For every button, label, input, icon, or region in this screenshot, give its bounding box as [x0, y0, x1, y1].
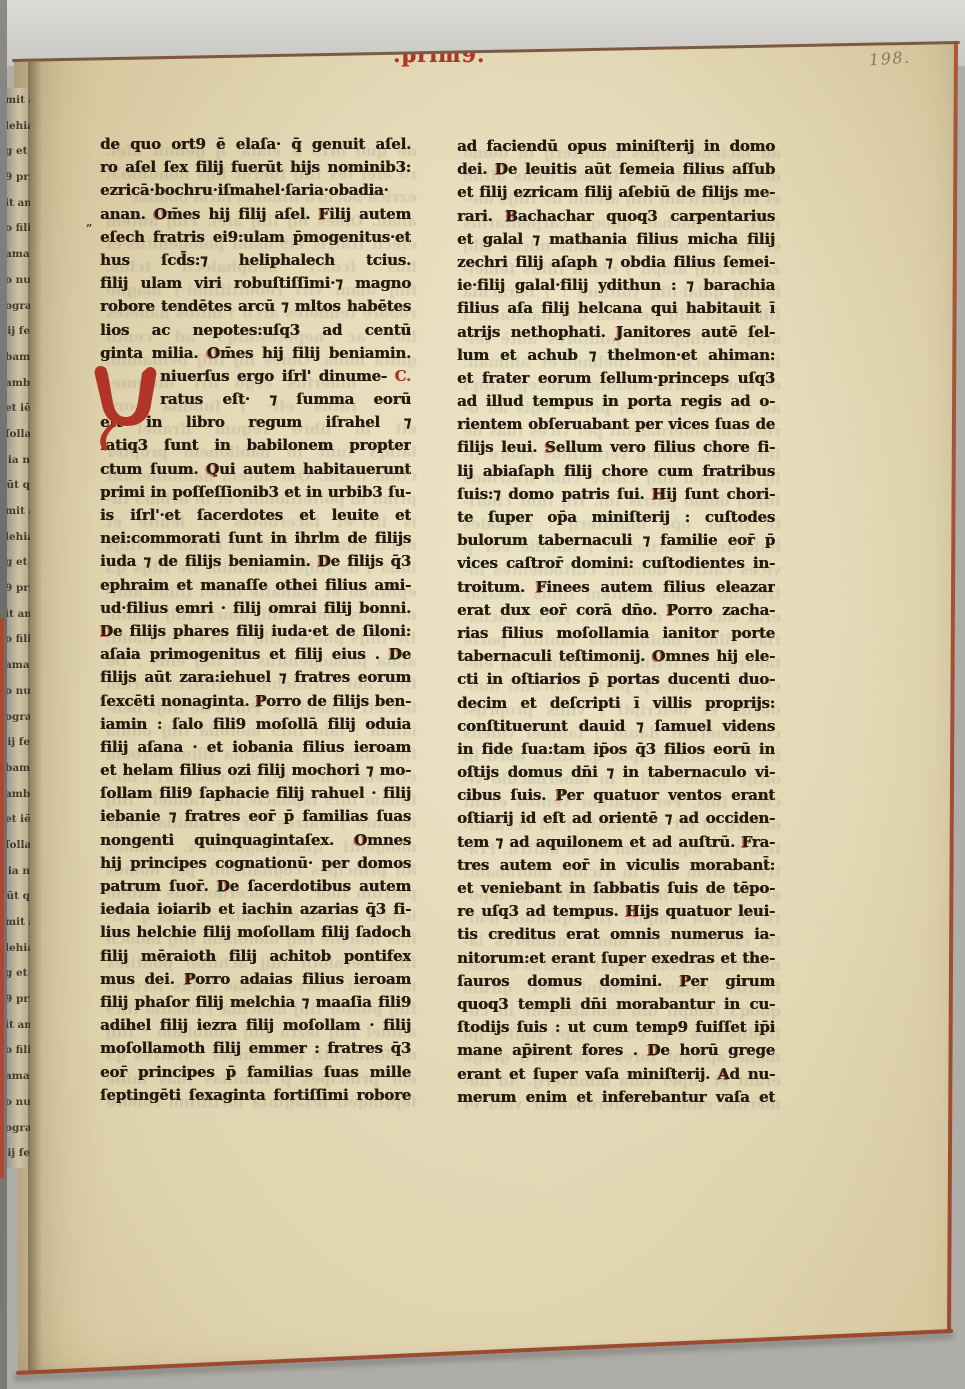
text-line: et helam filius ozi filij mochori ⁊ mo- [100, 759, 411, 782]
text-line: ſtodijs ſuis : ut cum temp9 fuiſſet ip̄i [457, 1016, 775, 1039]
text-line: tabernaculi teſtimonij. Omnes hij ele- [457, 645, 775, 668]
gutter-text-fragment: 9 prin [5, 987, 30, 1013]
text-line: merum enim et inferebantur vaſa et [457, 1086, 775, 1109]
gutter-text-fragment: ia n [5, 448, 30, 474]
text-line: lum et achub ⁊ thelmon·et ahiman: [457, 344, 775, 367]
text-line: hus ſcd̄s:⁊ heliphalech tcius. Fuerūtq3 [100, 249, 411, 272]
gutter-text-fragment: amah [5, 653, 30, 679]
text-line: ctum ſuum. Qui autem habitauerunt [100, 458, 411, 481]
text-column-right: ad faciendū opus miniſterij in domodei. … [457, 135, 775, 1109]
text-line: De filijs phares filij iuda·et de ſiloni… [100, 620, 411, 643]
text-line: dei. De leuitis aūt ſemeia filius aſſub [457, 158, 775, 181]
gutter-text-fragment: ij fe [5, 319, 30, 345]
text-line: et frater eorum ſellum·princeps uſq3 [457, 367, 775, 390]
text-line: iuda ⁊ de filijs beniamin. De filijs q̄3 [100, 550, 411, 573]
gutter-text-fragment: it am [5, 191, 30, 217]
gutter-text-fragment: it am [5, 602, 30, 628]
text-line: conſtituerunt dauid ⁊ ſamuel videns [457, 715, 775, 738]
text-line: filijs aūt zara:iehuel ⁊ fratres eorum [100, 666, 411, 689]
text-line: nongenti quinquagintaſex. Omnes [100, 829, 411, 852]
text-line: oſtijs domus dn̄i ⁊ in tabernaculo vi- [457, 761, 775, 784]
illuminated-initial-icon [93, 360, 159, 456]
text-line: ephraim et manaſſe othei filius ami- [100, 574, 411, 597]
gutter-text-fragment: o nur [5, 1090, 30, 1116]
gutter-text-fragment: lehia [5, 525, 30, 551]
text-line: bulorum tabernaculi ⁊ familie eor̄ p̄ [457, 529, 775, 552]
text-line: ezricā·bochru·iſmahel·ſaria·obadia· [100, 179, 411, 202]
text-line: vices caſtror̄ domini: cuſtodientes in- [457, 552, 775, 575]
text-line: ad faciendū opus miniſterij in domo [457, 135, 775, 158]
text-line: iamin : ſalo fili9 moſollā filij oduia [100, 713, 411, 736]
gutter-text-fragment: bam [5, 345, 30, 371]
text-line: eor̄ principes p̄ familias ſuas mille [100, 1061, 411, 1084]
gutter-text-fragment: amah [5, 242, 30, 268]
text-line: ad illud tempus in porta regis ad o- [457, 390, 775, 413]
gutter-text-fragment: 9 prin [5, 165, 30, 191]
gutter-text-fragment: mit a [5, 910, 30, 936]
text-line: filius aſa filij helcana qui habitauit ī [457, 297, 775, 320]
text-line: et filij ezricam filij aſebiū de filijs … [457, 181, 775, 204]
gutter-text-fragment: bam [5, 756, 30, 782]
text-line: iedaia ioiarib et iachin azarias q̄3 fi- [100, 898, 411, 921]
text-line: eſech fratris ei9:ulam p̄mogenitus·et [100, 226, 411, 249]
gutter-text-fragment: 9 prin [5, 576, 30, 602]
text-column-left: de quo ort9 ē elaſa· q̄ genuit aſel. Por… [100, 133, 411, 1107]
text-line: de quo ort9 ē elaſa· q̄ genuit aſel. Por… [100, 133, 411, 156]
gutter-text-fragment: g et s [5, 550, 30, 576]
text-line: decim et deſcripti ī villis proprijs: qu… [457, 692, 775, 715]
text-line: lius helchie filij moſollam filij ſadoch [100, 921, 411, 944]
gutter-crease-shadow [28, 62, 42, 1372]
gutter-text-fragment: et iē [5, 396, 30, 422]
gutter-text-fragment: amb [5, 782, 30, 808]
gutter-text-fragment: mit a [5, 88, 30, 114]
text-line: in fide ſua:tam ip̄os q̄3 filios eorū in [457, 738, 775, 761]
gutter-text-fragment: ūt q [5, 884, 30, 910]
text-line: tem ⁊ ad aquilonem et ad auſtrū. Fra- [457, 831, 775, 854]
gutter-text-fragment: ogra [5, 294, 30, 320]
text-line: tis creditus erat omnis numerus ia- [457, 923, 775, 946]
margin-mark: ” [86, 222, 92, 235]
text-line: adihel filij iezra filij moſollam · fili… [100, 1014, 411, 1037]
text-line: lios ac nepotes:uſq3 ad centū quīqua- [100, 319, 411, 342]
text-line: ſollam fili9 ſaphacie filij rahuel · fil… [100, 782, 411, 805]
gutter-text-fragment: ūt q [5, 473, 30, 499]
text-line: lij abiaſaph filij chore cum fratribus [457, 460, 775, 483]
folio-number: 198. [868, 48, 911, 70]
gutter-text-fragment: it am [5, 1013, 30, 1039]
text-line: erant et ſuper vaſa miniſterij. Ad nu- [457, 1063, 775, 1086]
manuscript-page: de quo ort9 ē elaſa· q̄ genuit aſel. Por… [0, 0, 965, 1389]
text-line: cibus ſuis. Per quatuor ventos erant [457, 784, 775, 807]
text-line: filij aſana · et iobania filius ieroam [100, 736, 411, 759]
text-line: aſaia primogenitus et filij eius . De [100, 643, 411, 666]
text-line: te ſuper op̄a miniſterij : cuſtodes veſt… [457, 506, 775, 529]
text-line: ſuis:⁊ domo patris ſui. Hij ſunt chori- [457, 483, 775, 506]
text-line: nitorum:et erant ſuper exedras et the- [457, 947, 775, 970]
text-line: erat dux eor̄ corā dn̄o. Porro zacha- [457, 599, 775, 622]
text-line: filij mēraioth filij achitob pontifex do… [100, 945, 411, 968]
gutter-text-fragment: o fili [5, 627, 30, 653]
text-line: oſtiarij id eſt ad orientē ⁊ ad occiden- [457, 807, 775, 830]
gutter-text-fragment: amah [5, 1064, 30, 1090]
text-line: ro aſel ſex filij fuerūt hijs nominib3: [100, 156, 411, 179]
text-line: is iſrl'·et ſacerdotes et leuite et nath… [100, 504, 411, 527]
text-line: ſeptingēti ſexaginta fortiſſimi robore [100, 1084, 411, 1107]
text-line: et galal ⁊ mathania filius micha filij [457, 228, 775, 251]
gutter-text-fragment: ſolla [5, 422, 30, 448]
text-line: hij principes cognationū· per domos [100, 852, 411, 875]
gutter-text-fragment: ogra [5, 1116, 30, 1142]
gutter-text-fragment: et iē [5, 807, 30, 833]
text-line: zechri filij aſaph ⁊ obdia filius ſemei- [457, 251, 775, 274]
text-line: filijs leui. Sellum vero filius chore fi… [457, 436, 775, 459]
text-line: nei:commorati ſunt in ihrlm de filijs [100, 527, 411, 550]
text-line: ud·filius emri · filij omrai filij bonni… [100, 597, 411, 620]
gutter-text-fragment: ia n [5, 859, 30, 885]
text-line: rias filius moſollamia ianitor porte [457, 622, 775, 645]
text-line: robore tendētes arcū ⁊ mltos habētes fi- [100, 295, 411, 318]
text-line: primi in poſſeſſionib3 et in urbib3 ſu- [100, 481, 411, 504]
text-line: moſollamoth filij emmer : fratres q̄3 [100, 1037, 411, 1060]
gutter-text-fragment: lehia [5, 936, 30, 962]
text-line: anan. Om̄es hij filij aſel. Filij autem [100, 203, 411, 226]
text-line: filij ulam viri robuſtiſſimi·⁊ magno [100, 272, 411, 295]
text-line: et veniebant in ſabbatis ſuis de tēpo- [457, 877, 775, 900]
text-line: patrum ſuor̄. De ſacerdotibus autem [100, 875, 411, 898]
chapter-marker: C. IX. [160, 367, 411, 388]
gutter-text-fragment: o fili [5, 1038, 30, 1064]
gutter-text-fragment: ſolla [5, 833, 30, 859]
gutter-text-fragment: g et s [5, 139, 30, 165]
text-line: mus dei. Porro adaias filius ieroam [100, 968, 411, 991]
text-line: mane ap̄irent fores . De horū grege [457, 1039, 775, 1062]
gutter-text-fragment: o nur [5, 268, 30, 294]
manuscript-photo: de quo ort9 ē elaſa· q̄ genuit aſel. Por… [0, 0, 965, 1389]
text-line: ſauros domus domini. Per girum [457, 970, 775, 993]
text-line: tres autem eor̄ in viculis morabant̄: [457, 854, 775, 877]
text-line: atrijs nethophati. Janitores autē ſel- [457, 321, 775, 344]
gutter-text-fragment: mit a [5, 499, 30, 525]
gutter-text-fragment: g et s [5, 961, 30, 987]
text-line: rari. Bachachar quoq3 carpentarius [457, 205, 775, 228]
binding-gutter: mit alehiag et s9 prinit amo filiamaho n… [5, 88, 30, 1168]
gutter-text-fragment: amb [5, 371, 30, 397]
text-line: filij phaſor filij melchia ⁊ maaſia fili… [100, 991, 411, 1014]
facing-leaf-red-edge [0, 618, 4, 1178]
text-line: ſexcēti nonaginta. Porro de filijs ben- [100, 690, 411, 713]
text-line: iebanie ⁊ fratres eor̄ p̄ familias ſuas [100, 805, 411, 828]
text-line: ie·filij galal·filij ydithun : ⁊ barachi… [457, 274, 775, 297]
gutter-text-fragment: ij fe [5, 1141, 30, 1167]
text-line: re uſq3 ad tempus. Hijs quatuor leui- [457, 900, 775, 923]
gutter-text-fragment: ogra [5, 705, 30, 731]
text-line: cti in oſtiarios p̄ portas ducenti duo- [457, 668, 775, 691]
text-line: quoq3 templi dn̄i morabantur in cu- [457, 993, 775, 1016]
gutter-text-fragment: o nur [5, 679, 30, 705]
text-line: rientem obſeruabant per vices ſuas de [457, 413, 775, 436]
gutter-text-fragment: o fili [5, 216, 30, 242]
gutter-text-fragment: ij fe [5, 730, 30, 756]
gutter-text-fragment: lehia [5, 114, 30, 140]
text-line: troitum. Finees autem filius eleazar [457, 576, 775, 599]
